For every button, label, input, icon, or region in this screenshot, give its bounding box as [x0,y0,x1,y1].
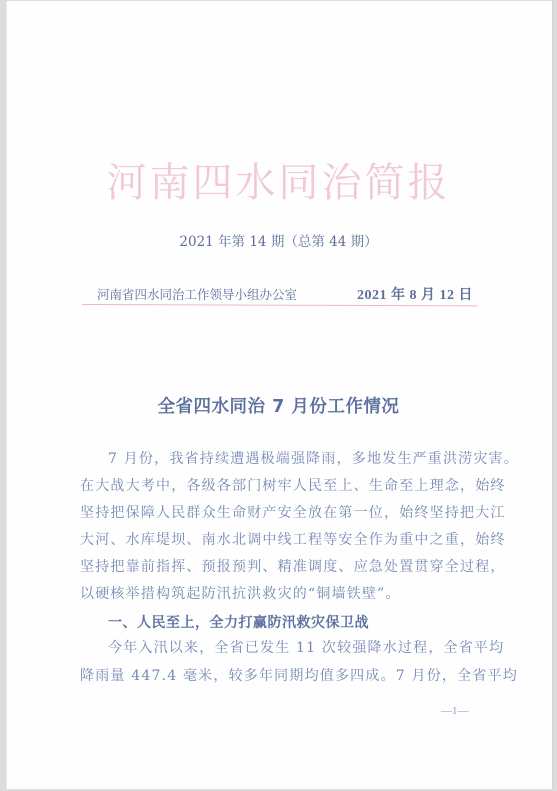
paragraph-line: 在大战大考中，各级各部门树牢人民至上、生命至上理念，始终 [80,473,480,500]
paragraph-line: 以硬核举措构筑起防汛抗洪救灾的“铜墙铁壁”。 [80,581,480,608]
section-heading: 一、人民至上，全力打赢防汛救灾保卫战 [108,612,369,632]
section-1-paragraph: 今年入汛以来，全省已发生 11 次较强降水过程，全省平均 降雨量 447.4 毫… [80,634,490,690]
issue-number: 2021 年第 14 期（总第 44 期） [0,230,557,250]
page-number: —1— [441,705,469,717]
masthead-title: 河南四水同治简报 [0,160,557,206]
issue-date: 2021 年 8 月 12 日 [357,284,473,304]
paragraph-line: 坚持把保障人民群众生命财产安全放在第一位，始终坚持把大江 [80,500,480,527]
issuing-office: 河南省四水同治工作领导小组办公室 [97,285,297,303]
article-headline: 全省四水同治 7 月份工作情况 [0,393,557,418]
paragraph-line: 今年入汛以来，全省已发生 11 次较强降水过程，全省平均 [80,634,490,662]
paragraph-line: 降雨量 447.4 毫米，较多年同期均值多四成。7 月份，全省平均 [80,662,490,690]
paragraph-line: 7 月份，我省持续遭遇极端强降雨，多地发生严重洪涝灾害。 [80,446,480,473]
paragraph-line: 大河、水库堤坝、南水北调中线工程等安全作为重中之重，始终 [80,527,480,554]
intro-paragraph: 7 月份，我省持续遭遇极端强降雨，多地发生严重洪涝灾害。 在大战大考中，各级各部… [80,446,480,608]
paragraph-line: 坚持把靠前指挥、预报预判、精准调度、应急处置贯穿全过程， [80,554,480,581]
